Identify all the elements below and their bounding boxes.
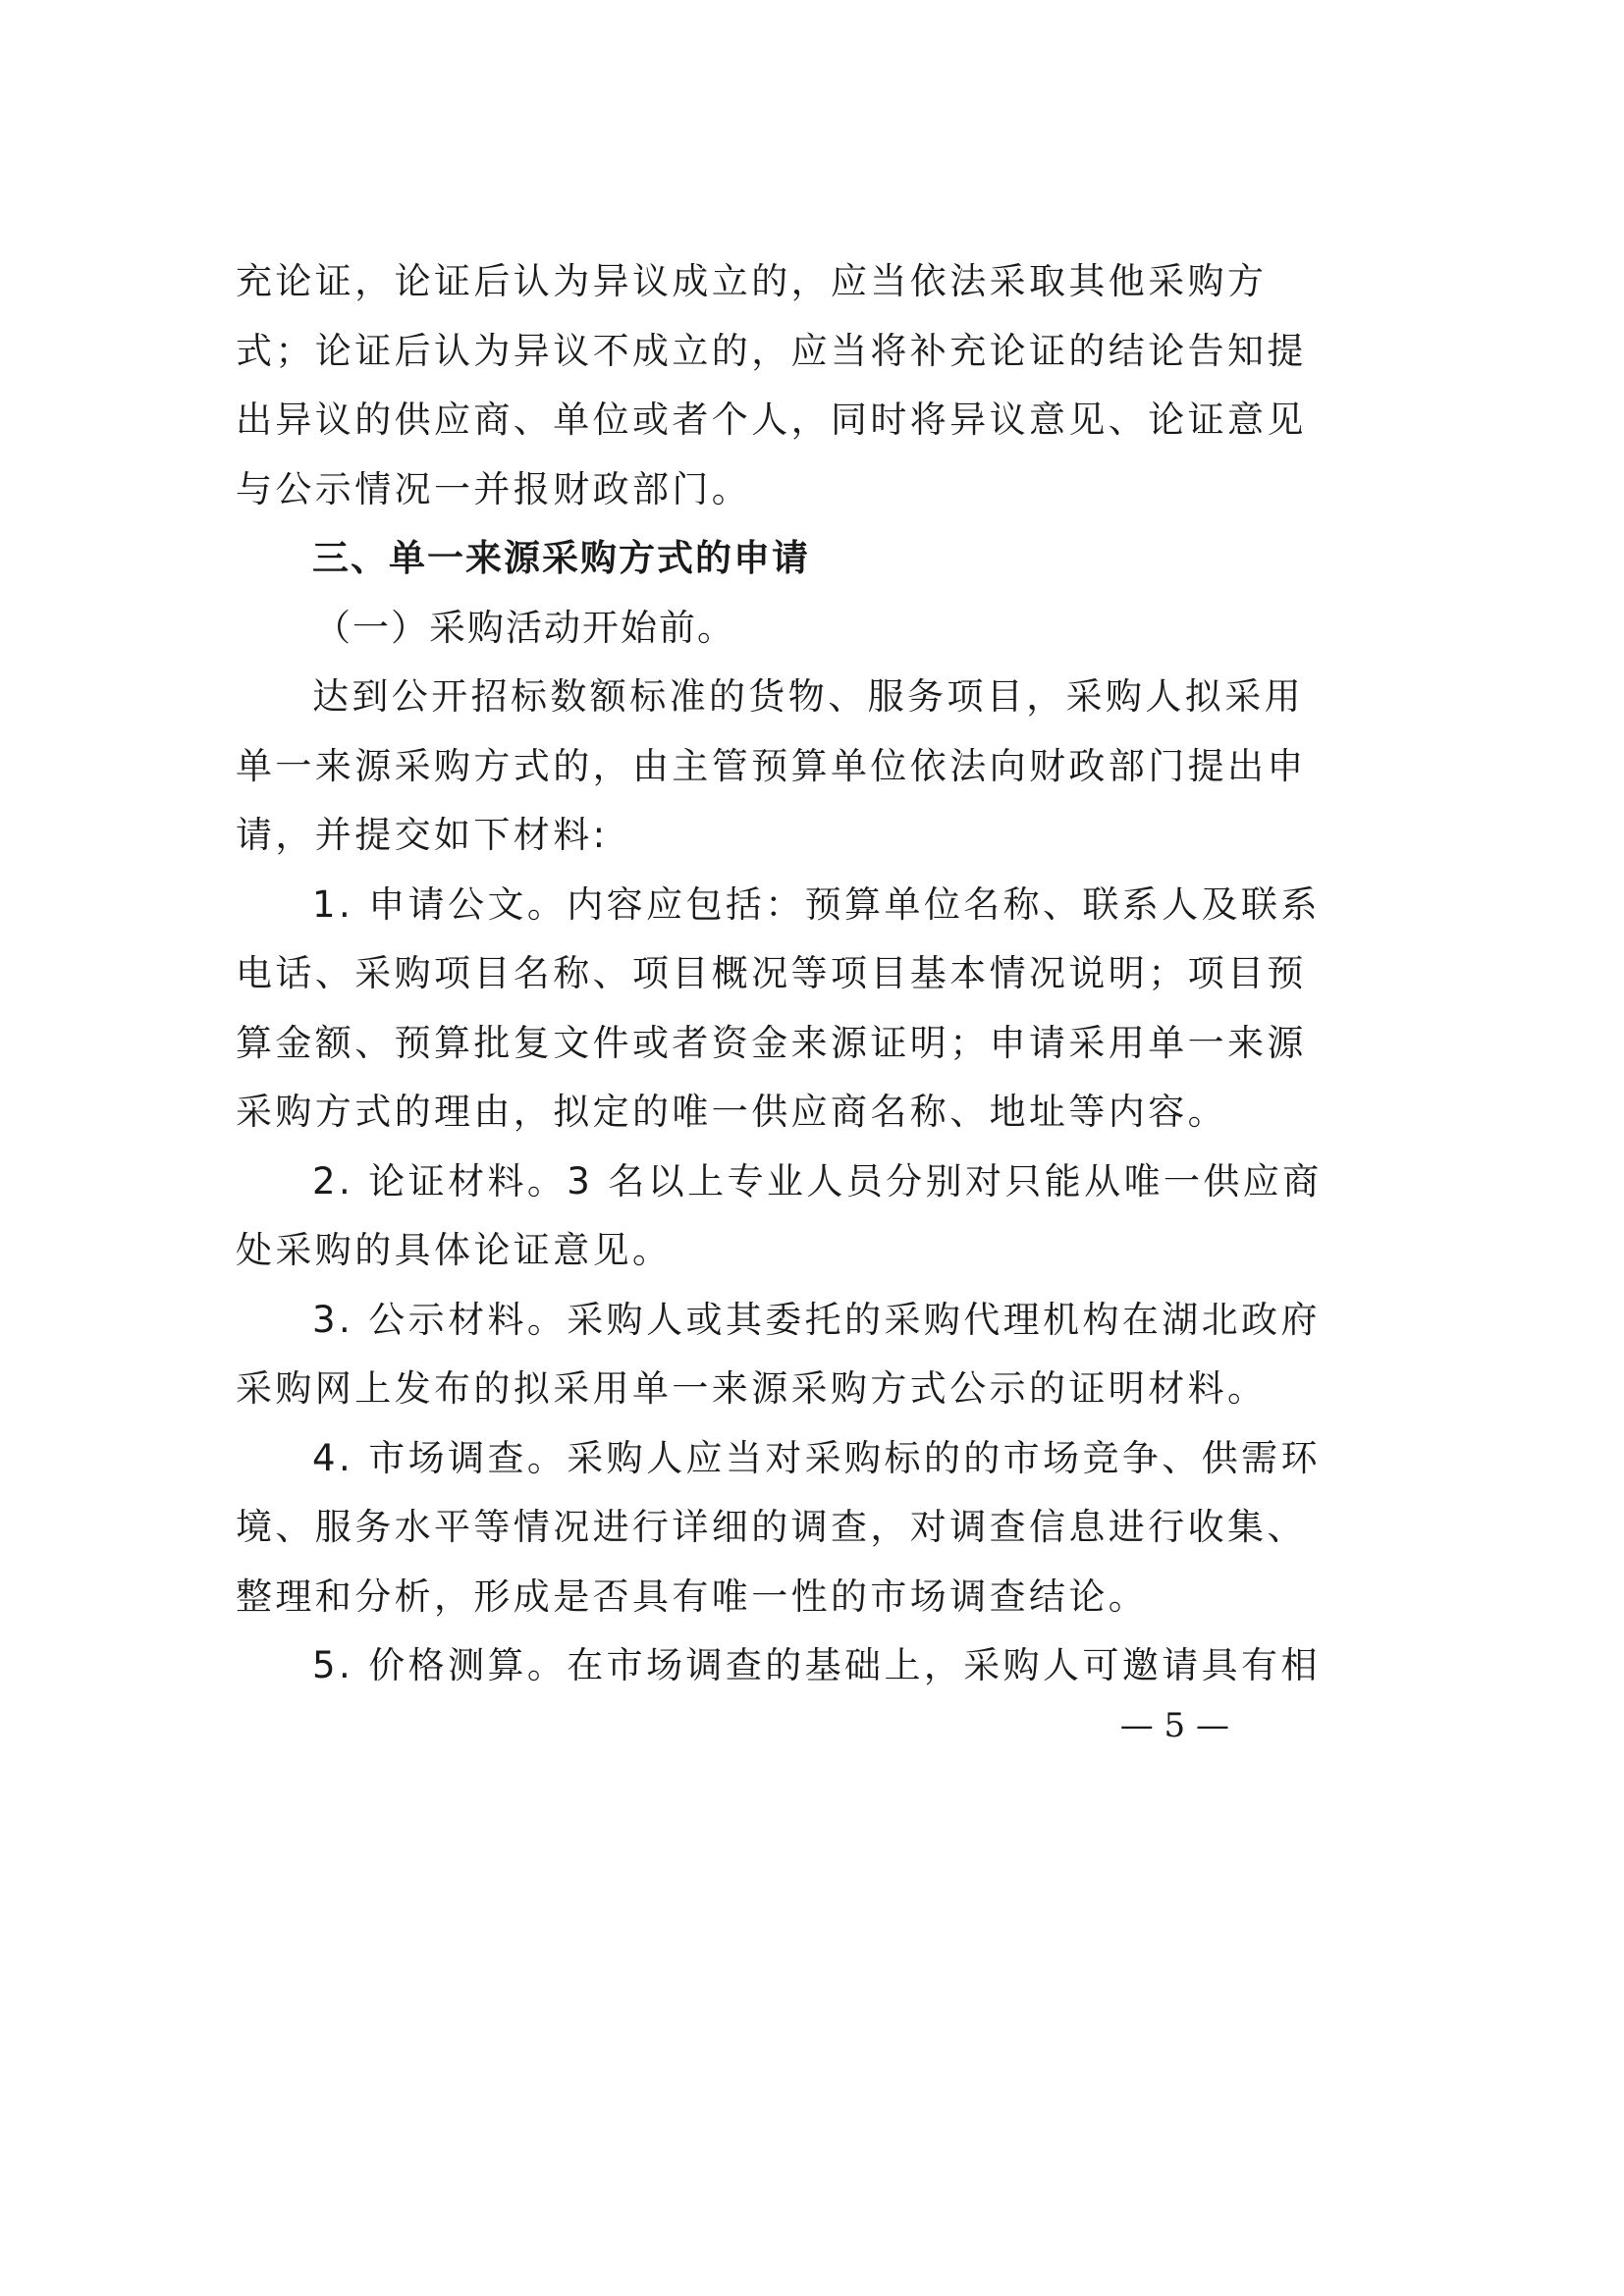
subsection-heading: （一）采购活动开始前。 <box>236 594 1229 664</box>
text-line: 采购网上发布的拟采用单一来源采购方式公示的证明材料。 <box>236 1355 1229 1424</box>
list-item-market-survey: 4. 市场调查。采购人应当对采购标的的市场竞争、供需环 境、服务水平等情况进行详… <box>236 1424 1229 1632</box>
text-line: 充论证，论证后认为异议成立的，应当依法采取其他采购方 <box>236 247 1229 317</box>
text-line: 4. 市场调查。采购人应当对采购标的的市场竞争、供需环 <box>236 1424 1229 1494</box>
list-item-demonstration-materials: 2. 论证材料。3 名以上专业人员分别对只能从唯一供应商 处采购的具体论证意见。 <box>236 1148 1229 1286</box>
section-heading: 三、单一来源采购方式的申请 <box>236 524 1229 594</box>
text-line: 电话、采购项目名称、项目概况等项目基本情况说明；项目预 <box>236 939 1229 1009</box>
text-line: 请，并提交如下材料: <box>236 801 1229 871</box>
list-item-price-estimation: 5. 价格测算。在市场调查的基础上，采购人可邀请具有相 <box>236 1631 1229 1701</box>
text-line: 5. 价格测算。在市场调查的基础上，采购人可邀请具有相 <box>236 1631 1229 1701</box>
document-page: 充论证，论证后认为异议成立的，应当依法采取其他采购方 式；论证后认为异议不成立的… <box>0 0 1624 2296</box>
text-line: 2. 论证材料。3 名以上专业人员分别对只能从唯一供应商 <box>236 1148 1229 1217</box>
page-number: — 5 — <box>1119 1706 1229 1745</box>
document-body: 充论证，论证后认为异议成立的，应当依法采取其他采购方 式；论证后认为异议不成立的… <box>236 247 1229 1701</box>
subsection-heading-text: （一）采购活动开始前。 <box>236 594 1229 664</box>
text-line: 处采购的具体论证意见。 <box>236 1216 1229 1286</box>
list-item-publicity-materials: 3. 公示材料。采购人或其委托的采购代理机构在湖北政府 采购网上发布的拟采用单一… <box>236 1286 1229 1424</box>
text-line: 采购方式的理由，拟定的唯一供应商名称、地址等内容。 <box>236 1078 1229 1148</box>
text-line: 出异议的供应商、单位或者个人，同时将异议意见、论证意见 <box>236 386 1229 455</box>
text-line: 与公示情况一并报财政部门。 <box>236 455 1229 525</box>
text-line: 整理和分析，形成是否具有唯一性的市场调查结论。 <box>236 1563 1229 1632</box>
text-line: 算金额、预算批复文件或者资金来源证明；申请采用单一来源 <box>236 1009 1229 1079</box>
text-line: 3. 公示材料。采购人或其委托的采购代理机构在湖北政府 <box>236 1286 1229 1356</box>
text-line: 式；论证后认为异议不成立的，应当将补充论证的结论告知提 <box>236 317 1229 387</box>
list-item-application-document: 1. 申请公文。内容应包括：预算单位名称、联系人及联系 电话、采购项目名称、项目… <box>236 871 1229 1148</box>
text-line: 境、服务水平等情况进行详细的调查，对调查信息进行收集、 <box>236 1493 1229 1563</box>
text-line: 单一来源采购方式的，由主管预算单位依法向财政部门提出申 <box>236 732 1229 802</box>
text-line: 达到公开招标数额标准的货物、服务项目，采购人拟采用 <box>236 663 1229 732</box>
text-line: 1. 申请公文。内容应包括：预算单位名称、联系人及联系 <box>236 871 1229 940</box>
paragraph-intro: 达到公开招标数额标准的货物、服务项目，采购人拟采用 单一来源采购方式的，由主管预… <box>236 663 1229 871</box>
paragraph-continuation: 充论证，论证后认为异议成立的，应当依法采取其他采购方 式；论证后认为异议不成立的… <box>236 247 1229 524</box>
section-heading-text: 三、单一来源采购方式的申请 <box>236 524 1229 594</box>
